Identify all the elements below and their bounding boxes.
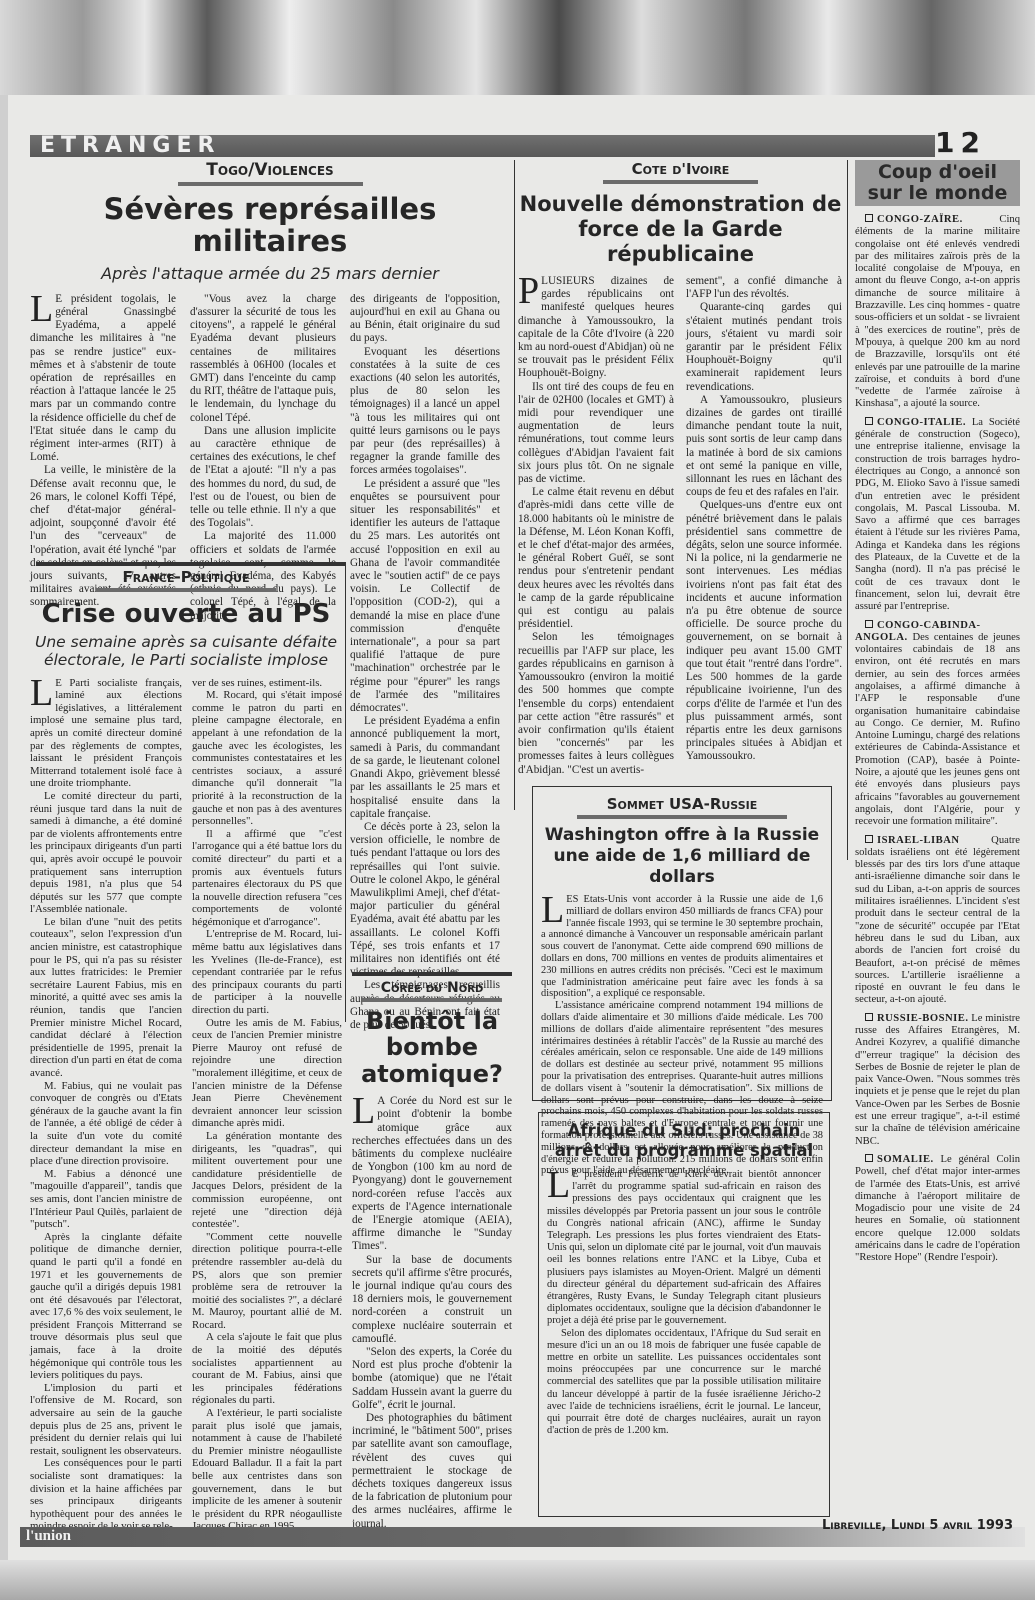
paragraph: Outre les amis de M. Fabius, ceux de l'a…	[192, 1017, 342, 1130]
brief-text: Quatre soldats israéliens ont été légère…	[855, 835, 1020, 1006]
headline-togo: Sévères représailles militaires	[30, 194, 510, 258]
brief-heading: CONGO-ITALIE.	[877, 417, 966, 428]
checkbox-bullet-icon	[865, 1154, 873, 1162]
kicker-france: France-Politique	[30, 568, 342, 586]
newspaper-logo: l'union	[26, 1528, 71, 1545]
kicker-underline	[362, 998, 502, 1002]
paragraph: Le calme était revenu en début d'après-m…	[518, 486, 674, 631]
checkbox-bullet-icon	[865, 214, 873, 222]
brief-item: ISRAEL-LIBAN Quatre soldats israéliens o…	[855, 835, 1020, 1007]
brief-heading: CONGO-ZAÏRE.	[877, 214, 963, 225]
paragraph: M. Fabius, qui ne voulait pas convoquer …	[30, 1080, 182, 1168]
paragraph: Ce décès porte à 23, selon la version of…	[350, 821, 500, 979]
paragraph: Le bilan d'une "nuit des petits couteaux…	[30, 916, 182, 1080]
brief-heading: SOMALIE.	[877, 1154, 934, 1165]
kicker-coree: Corée du Nord	[352, 980, 512, 996]
paragraph: Les conséquences pour le parti socialist…	[30, 1457, 182, 1533]
brief-item: RUSSIE-BOSNIE. Le ministre russe des Aff…	[855, 1013, 1020, 1148]
kicker-cote-ivoire: Cote d'Ivoire	[518, 160, 843, 178]
paragraph: Sur la base de documents secrets qu'il a…	[352, 1254, 512, 1346]
headline-coree: Bientôt la bombe atomique?	[352, 1008, 512, 1087]
paragraph: Ils ont tiré des coups de feu en l'air d…	[518, 381, 674, 487]
paragraph: "Selon des experts, la Corée du Nord est…	[352, 1346, 512, 1412]
deck-france: Une semaine après sa cuisante défaite él…	[30, 633, 342, 669]
kicker-underline	[577, 815, 787, 819]
paragraph: Dans une allusion implicite au caractère…	[190, 425, 336, 531]
sidebar-title: Coup d'oeil sur le monde	[855, 160, 1020, 206]
article-coree: Corée du Nord Bientôt la bombe atomique?…	[352, 980, 512, 1531]
sidebar-coup-doeil: Coup d'oeil sur le monde CONGO-ZAÏRE. Ci…	[855, 160, 1020, 1271]
paragraph: Le président a assuré que "les enquêtes …	[350, 478, 500, 716]
kicker-underline	[178, 182, 363, 186]
article-afrique-sud: Afrique du Sud: prochain arrêt du progra…	[538, 1112, 830, 1517]
brief-text: La Société générale de construction (Sog…	[855, 417, 1020, 612]
kicker-underline	[96, 588, 276, 592]
headline-afrique-sud: Afrique du Sud: prochain arrêt du progra…	[547, 1121, 821, 1161]
paragraph: M. Rocard, qui s'était imposé comme le p…	[192, 689, 342, 828]
cote-ivoire-column-2: sement", a confié dimanche à l'AFP l'un …	[686, 275, 842, 777]
checkbox-bullet-icon	[865, 417, 873, 425]
checkbox-bullet-icon	[865, 1013, 873, 1021]
paragraph: "Vous avez la charge d'assurer la sécuri…	[190, 293, 336, 425]
brief-item: CONGO-CABINDA-ANGOLA. Des centaines de j…	[855, 620, 1020, 829]
paragraph: L'implosion du parti et l'offensive de M…	[30, 1382, 182, 1458]
dropcap: L	[30, 294, 53, 324]
paragraph: La génération montante des dirigeants, l…	[192, 1130, 342, 1231]
column-rule	[514, 160, 515, 810]
paragraph: Quelques-uns d'entre eux ont pénétré bri…	[686, 499, 842, 763]
france-column-1: LE Parti socialiste français, laminé aux…	[30, 677, 182, 1533]
paragraph: Des photographies du bâtiment incriminé,…	[352, 1412, 512, 1531]
dropcap: P	[518, 276, 539, 306]
togo-column-3: des dirigeants de l'opposition, aujourd'…	[350, 293, 500, 1032]
brief-item: CONGO-ITALIE. La Société générale de con…	[855, 417, 1020, 614]
dropcap: L	[352, 1096, 375, 1126]
kicker-usa-russie: Sommet USA-Russie	[541, 795, 823, 813]
article-usa-russie: Sommet USA-Russie Washington offre à la …	[532, 786, 832, 1101]
paragraph: Quarante-cinq gardes qui s'étaient mutin…	[686, 301, 842, 393]
brief-heading: ISRAEL-LIBAN	[877, 835, 960, 846]
paragraph: sement", a confié dimanche à l'AFP l'un …	[686, 275, 842, 301]
paragraph: des dirigeants de l'opposition, aujourd'…	[350, 293, 500, 346]
cote-ivoire-column-1: PLUSIEURS dizaines de gardes républicain…	[518, 275, 674, 777]
paragraph: E président Frederik de Klerk devrait bi…	[547, 1169, 821, 1326]
divider	[352, 972, 512, 976]
paragraph: Le président Eyadéma a enfin annoncé pub…	[350, 715, 500, 821]
paragraph: ES Etats-Unis vont accorder à la Russie …	[541, 894, 823, 999]
france-column-2: ver de ses ruines, estiment-ils. M. Roca…	[192, 677, 342, 1533]
brief-list: CONGO-ZAÏRE. Cinq éléments de la marine …	[855, 214, 1020, 1265]
brief-item: CONGO-ZAÏRE. Cinq éléments de la marine …	[855, 214, 1020, 411]
paragraph: A Corée du Nord est sur le point d'obten…	[352, 1095, 512, 1252]
brief-text: Des centaines de jeunes volontaires cabi…	[855, 632, 1020, 827]
brief-heading: RUSSIE-BOSNIE.	[877, 1013, 969, 1024]
scan-bottom-edge	[0, 1560, 1035, 1600]
section-title: ETRANGER	[40, 133, 220, 158]
column-rule	[345, 562, 346, 1022]
paragraph: M. Fabius a dénoncé une "magouille d'app…	[30, 1168, 182, 1231]
deck-togo: Après l'attaque armée du 25 mars dernier	[30, 264, 510, 283]
dropcap: L	[30, 678, 53, 708]
brief-text: Le général Colin Powell, chef d'état maj…	[855, 1154, 1020, 1263]
dropcap: L	[541, 895, 564, 925]
dropcap: L	[547, 1170, 570, 1200]
kicker-underline	[603, 180, 758, 184]
paragraph: Le comité directeur du parti, réuni jusq…	[30, 790, 182, 916]
paragraph: "Comment cette nouvelle direction politi…	[192, 1231, 342, 1332]
headline-cote-ivoire: Nouvelle démonstration de force de la Ga…	[518, 192, 843, 267]
divider	[36, 562, 346, 566]
article-cote-ivoire: Cote d'Ivoire Nouvelle démonstration de …	[518, 160, 843, 777]
headline-usa-russie: Washington offre à la Russie une aide de…	[541, 825, 823, 888]
brief-item: SOMALIE. Le général Colin Powell, chef d…	[855, 1154, 1020, 1265]
paragraph: L'entreprise de M. Rocard, lui-même batt…	[192, 928, 342, 1016]
column-rule	[847, 160, 848, 860]
page-number: 12	[935, 126, 986, 159]
paragraph: Selon des diplomates occidentaux, l'Afri…	[547, 1328, 821, 1438]
checkbox-bullet-icon	[865, 620, 873, 628]
brief-text: Le ministre russe des Affaires Etrangère…	[855, 1013, 1020, 1147]
headline-france: Crise ouverte au PS	[30, 600, 342, 629]
paragraph: Evoquant les désertions constatées à la …	[350, 346, 500, 478]
paragraph: A cela s'ajoute le fait que plus de la m…	[192, 1331, 342, 1407]
paragraph: A Yamoussoukro, plusieurs dizaines de ga…	[686, 394, 842, 500]
checkbox-bullet-icon	[865, 835, 873, 843]
paragraph: LUSIEURS dizaines de gardes républicains…	[518, 275, 674, 379]
paragraph: Après la cinglante défaite politique de …	[30, 1231, 182, 1382]
kicker-togo: Togo/Violences	[30, 160, 510, 180]
coree-column: LA Corée du Nord est sur le point d'obte…	[352, 1095, 512, 1531]
dateline: Libreville, Lundi 5 avril 1993	[822, 1518, 1013, 1533]
brief-text: Cinq éléments de la marine militaire con…	[855, 214, 1020, 409]
paragraph: A l'extérieur, le parti socialiste parai…	[192, 1407, 342, 1533]
paragraph: Selon les témoignages recueillis par l'A…	[518, 631, 674, 776]
scan-top-edge	[0, 0, 1035, 95]
article-france: France-Politique Crise ouverte au PS Une…	[30, 568, 342, 1533]
afrique-sud-body: LE président Frederik de Klerk devrait b…	[547, 1169, 821, 1437]
paragraph: ver de ses ruines, estiment-ils.	[192, 677, 342, 690]
paragraph: Il a affirmé que "c'est l'arrogance qui …	[192, 828, 342, 929]
